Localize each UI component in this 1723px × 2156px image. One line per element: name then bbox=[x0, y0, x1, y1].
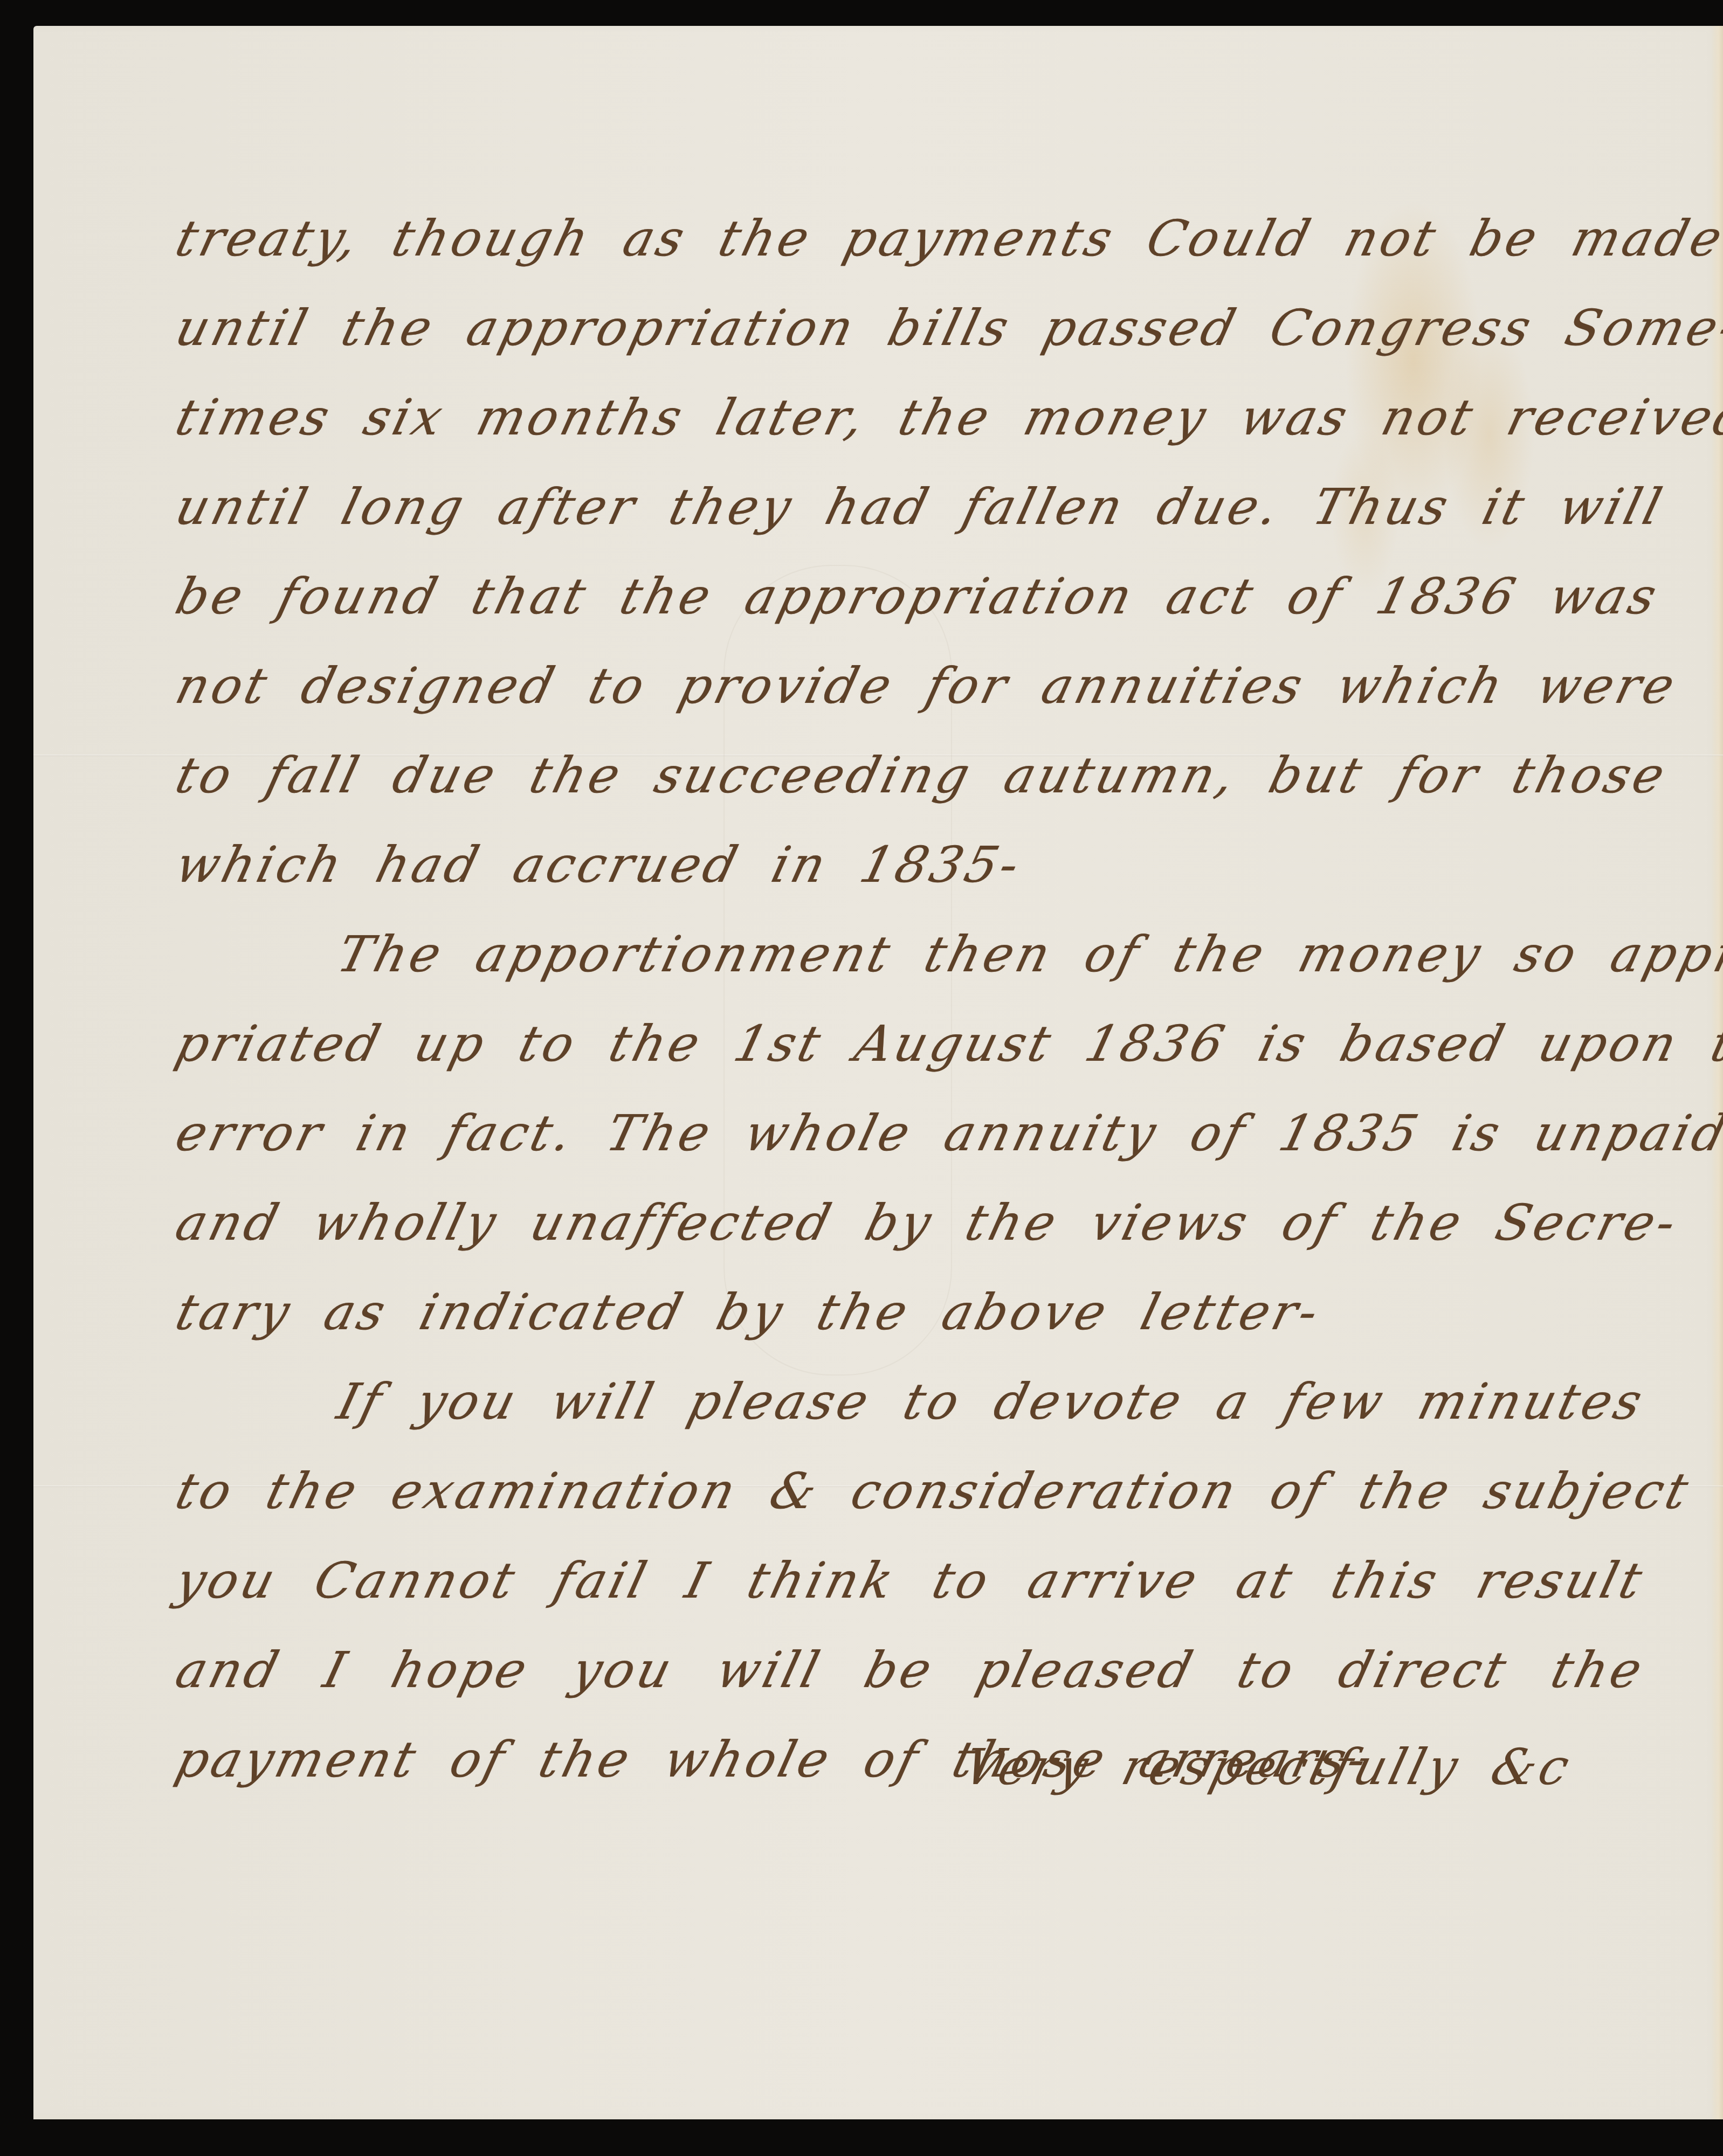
letter-closing: Very respectfully &c bbox=[958, 1738, 1579, 1796]
letter-line-indented: The apportionment then of the money so a… bbox=[166, 910, 1655, 999]
letter-line-indented: If you will please to devote a few minut… bbox=[166, 1357, 1655, 1447]
letter-line: to fall due the succeeding autumn, but f… bbox=[166, 731, 1655, 820]
letter-body: treaty, though as the payments Could not… bbox=[166, 194, 1632, 1805]
letter-line: and I hope you will be pleased to direct… bbox=[166, 1626, 1655, 1715]
letter-line: not designed to provide for annuities wh… bbox=[166, 641, 1655, 731]
letter-line: which had accrued in 1835- bbox=[166, 820, 1655, 910]
letter-line: until long after they had fallen due. Th… bbox=[166, 462, 1655, 552]
letter-line: you Cannot fail I think to arrive at thi… bbox=[166, 1536, 1655, 1626]
letter-line: tary as indicated by the above letter- bbox=[166, 1268, 1655, 1357]
letter-line: times six months later, the money was no… bbox=[166, 373, 1655, 462]
letter-line: until the appropriation bills passed Con… bbox=[166, 284, 1655, 373]
letter-line: error in fact. The whole annuity of 1835… bbox=[166, 1089, 1655, 1178]
letter-line: to the examination & consideration of th… bbox=[166, 1447, 1655, 1536]
letter-line: be found that the appropriation act of 1… bbox=[166, 552, 1655, 641]
letter-line: treaty, though as the payments Could not… bbox=[166, 194, 1655, 284]
letter-line: and wholly unaffected by the views of th… bbox=[166, 1178, 1655, 1268]
letter-line: priated up to the 1st August 1836 is bas… bbox=[166, 999, 1655, 1089]
scan-background: treaty, though as the payments Could not… bbox=[0, 0, 1723, 2156]
